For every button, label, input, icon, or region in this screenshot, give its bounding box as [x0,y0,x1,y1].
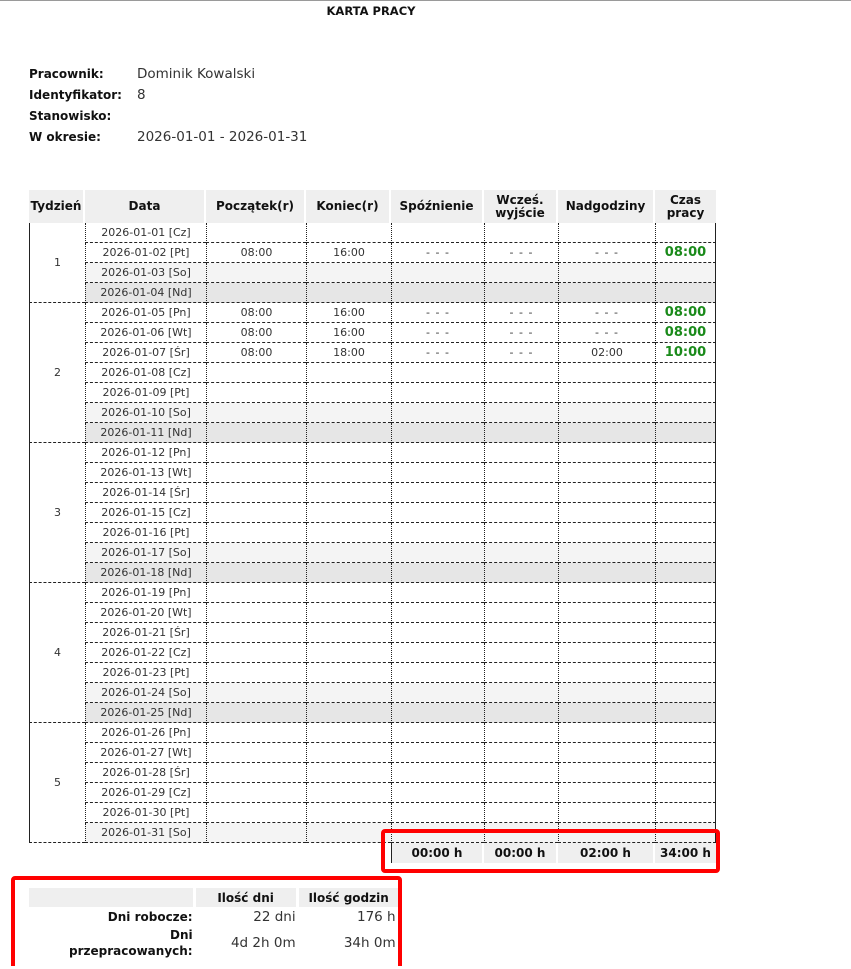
start-time: 08:00 [206,243,306,263]
early-leave-value [484,563,558,583]
end-time [306,463,391,483]
worktime-value [655,423,716,443]
overtime-value [558,483,655,503]
worktime-value [655,503,716,523]
end-time [306,543,391,563]
date-cell: 2026-01-10 [So] [85,403,206,423]
week-number: 5 [29,723,85,843]
late-value: - - - [391,343,484,363]
early-leave-value [484,363,558,383]
early-leave-value [484,423,558,443]
table-row: 2026-01-22 [Cz] [29,643,716,663]
info-row-name: Pracownik: Dominik Kowalski [29,63,307,84]
early-leave-value [484,263,558,283]
date-cell: 2026-01-20 [Wt] [85,603,206,623]
overtime-value [558,223,655,243]
start-time [206,763,306,783]
table-row: 2026-01-23 [Pt] [29,663,716,683]
late-value [391,783,484,803]
worktime-value [655,443,716,463]
table-row: 2026-01-16 [Pt] [29,523,716,543]
col-late: Spóźnienie [391,190,484,223]
table-row: 2026-01-09 [Pt] [29,383,716,403]
start-time [206,463,306,483]
early-leave-value [484,663,558,683]
late-value [391,383,484,403]
late-value [391,803,484,823]
early-leave-value [484,283,558,303]
end-time [306,803,391,823]
date-cell: 2026-01-22 [Cz] [85,643,206,663]
overtime-value [558,723,655,743]
end-time [306,483,391,503]
overtime-value [558,603,655,623]
label-id: Identyfikator: [29,88,137,102]
late-value [391,763,484,783]
end-time [306,423,391,443]
late-value [391,223,484,243]
start-time [206,443,306,463]
table-row: 2026-01-24 [So] [29,683,716,703]
date-cell: 2026-01-27 [Wt] [85,743,206,763]
date-cell: 2026-01-09 [Pt] [85,383,206,403]
table-row: 32026-01-12 [Pn] [29,443,716,463]
table-row: 2026-01-18 [Nd] [29,563,716,583]
overtime-value [558,463,655,483]
early-leave-value [484,803,558,823]
end-time [306,743,391,763]
end-time: 16:00 [306,303,391,323]
employee-name: Dominik Kowalski [137,66,255,82]
worktime-value [655,743,716,763]
table-row: 2026-01-25 [Nd] [29,703,716,723]
label-position: Stanowisko: [29,109,137,123]
date-cell: 2026-01-04 [Nd] [85,283,206,303]
late-value: - - - [391,243,484,263]
overtime-value [558,403,655,423]
end-time [306,823,391,843]
totals-spacer [29,843,391,863]
col-worktime: Czas pracy [655,190,716,223]
start-time [206,223,306,243]
early-leave-value [484,583,558,603]
end-time [306,263,391,283]
start-time [206,823,306,843]
start-time [206,543,306,563]
info-row-position: Stanowisko: [29,105,307,126]
date-cell: 2026-01-31 [So] [85,823,206,843]
overtime-value [558,803,655,823]
overtime-value [558,283,655,303]
worktime-value [655,703,716,723]
date-cell: 2026-01-05 [Pn] [85,303,206,323]
week-number: 2 [29,303,85,443]
date-cell: 2026-01-17 [So] [85,543,206,563]
overtime-value [558,703,655,723]
table-row: 2026-01-10 [So] [29,403,716,423]
worktime-value [655,783,716,803]
worktime-value [655,403,716,423]
end-time: 16:00 [306,323,391,343]
table-row: 2026-01-07 [Śr]08:0018:00- - -- - -02:00… [29,343,716,363]
date-cell: 2026-01-08 [Cz] [85,363,206,383]
start-time [206,283,306,303]
early-leave-value [484,223,558,243]
overtime-value [558,683,655,703]
info-row-id: Identyfikator: 8 [29,84,307,105]
employee-info: Pracownik: Dominik Kowalski Identyfikato… [29,63,307,147]
date-cell: 2026-01-02 [Pt] [85,243,206,263]
worktime-value [655,683,716,703]
start-time [206,623,306,643]
table-row: 2026-01-06 [Wt]08:0016:00- - -- - -- - -… [29,323,716,343]
late-value [391,263,484,283]
table-row: 2026-01-29 [Cz] [29,783,716,803]
early-leave-value [484,723,558,743]
date-cell: 2026-01-12 [Pn] [85,443,206,463]
date-cell: 2026-01-07 [Śr] [85,343,206,363]
worktime-value [655,663,716,683]
early-leave-value [484,383,558,403]
early-leave-value [484,443,558,463]
employee-id: 8 [137,87,146,103]
worktime-value [655,623,716,643]
worktime-value [655,363,716,383]
early-leave-value [484,763,558,783]
timesheet-table: Tydzień Data Początek(r) Koniec(r) Spóźn… [29,190,716,863]
late-value [391,583,484,603]
col-end: Koniec(r) [306,190,391,223]
late-value [391,683,484,703]
highlight-box-summary [11,876,402,969]
week-number: 4 [29,583,85,723]
overtime-value [558,543,655,563]
overtime-value: - - - [558,323,655,343]
table-row: 42026-01-19 [Pn] [29,583,716,603]
table-row: 12026-01-01 [Cz] [29,223,716,243]
start-time [206,483,306,503]
late-value: - - - [391,323,484,343]
overtime-value [558,443,655,463]
overtime-value [558,583,655,603]
table-row: 2026-01-03 [So] [29,263,716,283]
start-time [206,383,306,403]
start-time [206,663,306,683]
date-cell: 2026-01-24 [So] [85,683,206,703]
overtime-value [558,563,655,583]
overtime-value [558,383,655,403]
late-value [391,523,484,543]
overtime-value: - - - [558,303,655,323]
early-leave-value [484,523,558,543]
late-value [391,703,484,723]
col-overtime: Nadgodziny [558,190,655,223]
end-time [306,763,391,783]
worktime-value [655,223,716,243]
worktime-value [655,463,716,483]
end-time [306,583,391,603]
overtime-value [558,663,655,683]
end-time [306,563,391,583]
table-row: 2026-01-15 [Cz] [29,503,716,523]
date-cell: 2026-01-26 [Pn] [85,723,206,743]
worktime-value: 08:00 [655,303,716,323]
early-leave-value [484,503,558,523]
late-value: - - - [391,303,484,323]
header-row: Tydzień Data Początek(r) Koniec(r) Spóźn… [29,190,716,223]
table-row: 2026-01-11 [Nd] [29,423,716,443]
late-value [391,723,484,743]
worktime-value [655,283,716,303]
date-cell: 2026-01-16 [Pt] [85,523,206,543]
worktime-value [655,263,716,283]
start-time: 08:00 [206,343,306,363]
late-value [391,623,484,643]
table-row: 2026-01-08 [Cz] [29,363,716,383]
start-time: 08:00 [206,323,306,343]
date-cell: 2026-01-03 [So] [85,263,206,283]
worktime-value [655,563,716,583]
early-leave-value [484,703,558,723]
late-value [391,603,484,623]
table-row: 52026-01-26 [Pn] [29,723,716,743]
early-leave-value [484,783,558,803]
overtime-value [558,423,655,443]
date-cell: 2026-01-11 [Nd] [85,423,206,443]
early-leave-value: - - - [484,303,558,323]
table-row: 2026-01-13 [Wt] [29,463,716,483]
start-time [206,703,306,723]
end-time: 18:00 [306,343,391,363]
employee-period: 2026-01-01 - 2026-01-31 [137,129,307,145]
table-row: 2026-01-21 [Śr] [29,623,716,643]
col-week: Tydzień [29,190,85,223]
start-time [206,523,306,543]
late-value [391,543,484,563]
early-leave-value: - - - [484,343,558,363]
overtime-value [558,763,655,783]
table-row: 22026-01-05 [Pn]08:0016:00- - -- - -- - … [29,303,716,323]
end-time [306,603,391,623]
table-row: 2026-01-17 [So] [29,543,716,563]
end-time [306,443,391,463]
late-value [391,283,484,303]
late-value [391,663,484,683]
late-value [391,743,484,763]
overtime-value [558,743,655,763]
start-time [206,363,306,383]
end-time [306,503,391,523]
table-row: 2026-01-30 [Pt] [29,803,716,823]
early-leave-value: - - - [484,323,558,343]
worktime-value [655,603,716,623]
start-time [206,683,306,703]
start-time [206,423,306,443]
late-value [391,403,484,423]
end-time [306,783,391,803]
end-time [306,703,391,723]
start-time [206,743,306,763]
date-cell: 2026-01-15 [Cz] [85,503,206,523]
early-leave-value [484,623,558,643]
overtime-value: 02:00 [558,343,655,363]
worktime-value [655,483,716,503]
date-cell: 2026-01-01 [Cz] [85,223,206,243]
highlight-box-totals [381,829,720,873]
table-row: 2026-01-20 [Wt] [29,603,716,623]
start-time [206,583,306,603]
early-leave-value [484,743,558,763]
start-time [206,783,306,803]
table-row: 2026-01-02 [Pt]08:0016:00- - -- - -- - -… [29,243,716,263]
date-cell: 2026-01-13 [Wt] [85,463,206,483]
col-early-leave: Wcześ. wyjście [484,190,558,223]
overtime-value [558,623,655,643]
worktime-value: 08:00 [655,323,716,343]
late-value [391,563,484,583]
end-time [306,363,391,383]
week-number: 3 [29,443,85,583]
early-leave-value [484,683,558,703]
worktime-value [655,543,716,563]
date-cell: 2026-01-06 [Wt] [85,323,206,343]
info-row-period: W okresie: 2026-01-01 - 2026-01-31 [29,126,307,147]
end-time [306,403,391,423]
late-value [391,463,484,483]
end-time [306,683,391,703]
end-time: 16:00 [306,243,391,263]
overtime-value: - - - [558,243,655,263]
table-row: 2026-01-27 [Wt] [29,743,716,763]
worktime-value: 10:00 [655,343,716,363]
top-border [0,0,851,1]
start-time [206,403,306,423]
early-leave-value [484,403,558,423]
overtime-value [558,363,655,383]
overtime-value [558,523,655,543]
label-employee: Pracownik: [29,67,137,81]
worktime-value [655,763,716,783]
late-value [391,503,484,523]
timesheet-body: 12026-01-01 [Cz]2026-01-02 [Pt]08:0016:0… [29,223,716,863]
col-start: Początek(r) [206,190,306,223]
worktime-value [655,383,716,403]
start-time [206,563,306,583]
date-cell: 2026-01-21 [Śr] [85,623,206,643]
end-time [306,663,391,683]
end-time [306,723,391,743]
early-leave-value [484,543,558,563]
late-value [391,483,484,503]
overtime-value [558,503,655,523]
worktime-value: 08:00 [655,243,716,263]
start-time [206,603,306,623]
late-value [391,363,484,383]
late-value [391,423,484,443]
date-cell: 2026-01-30 [Pt] [85,803,206,823]
worktime-value [655,643,716,663]
date-cell: 2026-01-18 [Nd] [85,563,206,583]
start-time [206,263,306,283]
week-number: 1 [29,223,85,303]
col-date: Data [85,190,206,223]
end-time [306,643,391,663]
worktime-value [655,583,716,603]
early-leave-value [484,483,558,503]
table-row: 2026-01-14 [Śr] [29,483,716,503]
worktime-value [655,523,716,543]
end-time [306,223,391,243]
end-time [306,383,391,403]
end-time [306,623,391,643]
date-cell: 2026-01-29 [Cz] [85,783,206,803]
early-leave-value [484,643,558,663]
date-cell: 2026-01-23 [Pt] [85,663,206,683]
start-time [206,503,306,523]
late-value [391,643,484,663]
start-time [206,803,306,823]
table-row: 2026-01-28 [Śr] [29,763,716,783]
start-time [206,723,306,743]
end-time [306,283,391,303]
early-leave-value [484,603,558,623]
label-period: W okresie: [29,130,137,144]
overtime-value [558,783,655,803]
date-cell: 2026-01-14 [Śr] [85,483,206,503]
date-cell: 2026-01-25 [Nd] [85,703,206,723]
date-cell: 2026-01-28 [Śr] [85,763,206,783]
late-value [391,443,484,463]
table-row: 2026-01-04 [Nd] [29,283,716,303]
date-cell: 2026-01-19 [Pn] [85,583,206,603]
overtime-value [558,263,655,283]
early-leave-value [484,463,558,483]
worktime-value [655,723,716,743]
start-time: 08:00 [206,303,306,323]
page-title: KARTA PRACY [0,4,742,18]
end-time [306,523,391,543]
worktime-value [655,803,716,823]
overtime-value [558,643,655,663]
early-leave-value: - - - [484,243,558,263]
start-time [206,643,306,663]
